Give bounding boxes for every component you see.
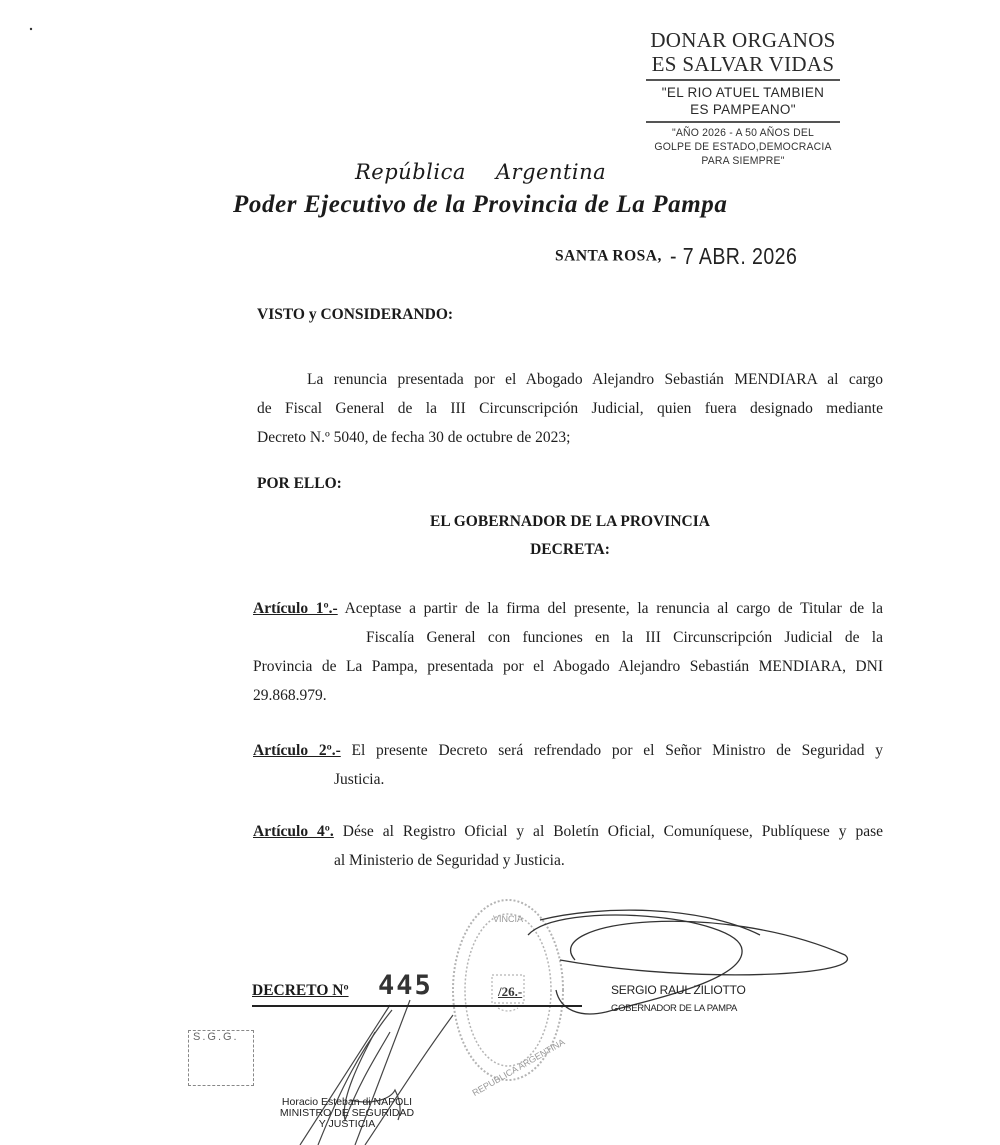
- slogan-line-4: ES PAMPEANO": [638, 101, 848, 118]
- article-text: Fiscalía General con funciones en la III…: [253, 623, 883, 652]
- decree-year: /26.-: [498, 984, 522, 1000]
- official-seal-text-bottom: REPUBLICA ARGENTINA: [471, 1037, 567, 1098]
- considerando-line: de Fiscal General de la III Circunscripc…: [257, 394, 883, 423]
- article-4: Artículo 4º. Dése al Registro Oficial y …: [253, 817, 883, 875]
- slogan-divider: [646, 121, 840, 123]
- decree-number: 445: [378, 970, 433, 1001]
- slogan-line-6: GOLPE DE ESTADO,DEMOCRACIA: [643, 140, 843, 154]
- slogan-line-3: "EL RIO ATUEL TAMBIEN: [638, 84, 848, 101]
- decree-label: DECRETO Nº: [252, 982, 349, 1000]
- date-line: SANTA ROSA,- 7 ABR. 2026: [555, 243, 820, 270]
- official-seal-text-top: VINCIA: [493, 914, 523, 924]
- sgg-stamp-text: S.G.G.: [189, 1031, 253, 1043]
- article-text: 29.868.979.: [253, 681, 883, 710]
- slogan-stamp: DONAR ORGANOS ES SALVAR VIDAS "EL RIO AT…: [638, 28, 848, 168]
- governor-name: SERGIO RAUL ZILIOTTO: [611, 983, 746, 997]
- date-stamp: - 7 ABR. 2026: [670, 243, 797, 270]
- article-text: Aceptase a partir de la firma del presen…: [338, 600, 883, 617]
- slogan-line-2: ES SALVAR VIDAS: [638, 52, 848, 76]
- article-text: Justicia.: [253, 765, 883, 794]
- article-text: Dése al Registro Oficial y al Boletín Of…: [334, 823, 883, 840]
- article-text: El presente Decreto será refrendado por …: [341, 742, 883, 759]
- letterhead-argentina: Argentina: [496, 160, 606, 184]
- governor-heading: EL GOBERNADOR DE LA PROVINCIA: [257, 508, 883, 536]
- minister-title-2: Y JUSTICIA: [272, 1119, 422, 1130]
- article-2: Artículo 2º.- El presente Decreto será r…: [253, 736, 883, 794]
- article-label: Artículo 1º.-: [253, 600, 338, 617]
- article-label: Artículo 4º.: [253, 823, 334, 840]
- minister-signature-block: Horacio Esteban di NAPOLI MINISTRO DE SE…: [272, 1097, 422, 1130]
- scan-mark-icon: [30, 28, 32, 30]
- letterhead-republica: República: [355, 160, 466, 184]
- sgg-stamp: S.G.G.: [188, 1030, 254, 1086]
- considerando-line: La renuncia presentada por el Abogado Al…: [257, 365, 883, 394]
- article-1: Artículo 1º.- Aceptase a partir de la fi…: [253, 594, 883, 710]
- date-place: SANTA ROSA,: [555, 248, 662, 265]
- slogan-divider: [646, 79, 840, 81]
- letterhead-executive: Poder Ejecutivo de la Provincia de La Pa…: [233, 191, 727, 219]
- section-heading-por-ello: POR ELLO:: [257, 475, 342, 493]
- article-label: Artículo 2º.-: [253, 742, 341, 759]
- decreta-heading: DECRETA:: [257, 536, 883, 564]
- letterhead-country: RepúblicaArgentina: [355, 160, 606, 184]
- decree-underline: [252, 1005, 582, 1007]
- article-text: Provincia de La Pampa, presentada por el…: [253, 652, 883, 681]
- slogan-line-7: PARA SIEMPRE": [643, 154, 843, 168]
- resolution-heading: EL GOBERNADOR DE LA PROVINCIA DECRETA:: [257, 508, 883, 564]
- slogan-line-5: "AÑO 2026 - A 50 AÑOS DEL: [643, 126, 843, 140]
- article-text: al Ministerio de Seguridad y Justicia.: [253, 846, 883, 875]
- governor-signature-block: SERGIO RAUL ZILIOTTO GOBERNADOR DE LA PA…: [611, 983, 746, 1014]
- section-heading-visto: VISTO y CONSIDERANDO:: [257, 306, 453, 324]
- considerando-line: Decreto N.º 5040, de fecha 30 de octubre…: [257, 423, 883, 452]
- slogan-line-1: DONAR ORGANOS: [638, 28, 848, 52]
- considerando-paragraph: La renuncia presentada por el Abogado Al…: [257, 365, 883, 452]
- governor-title: GOBERNADOR DE LA PAMPA: [611, 1003, 746, 1014]
